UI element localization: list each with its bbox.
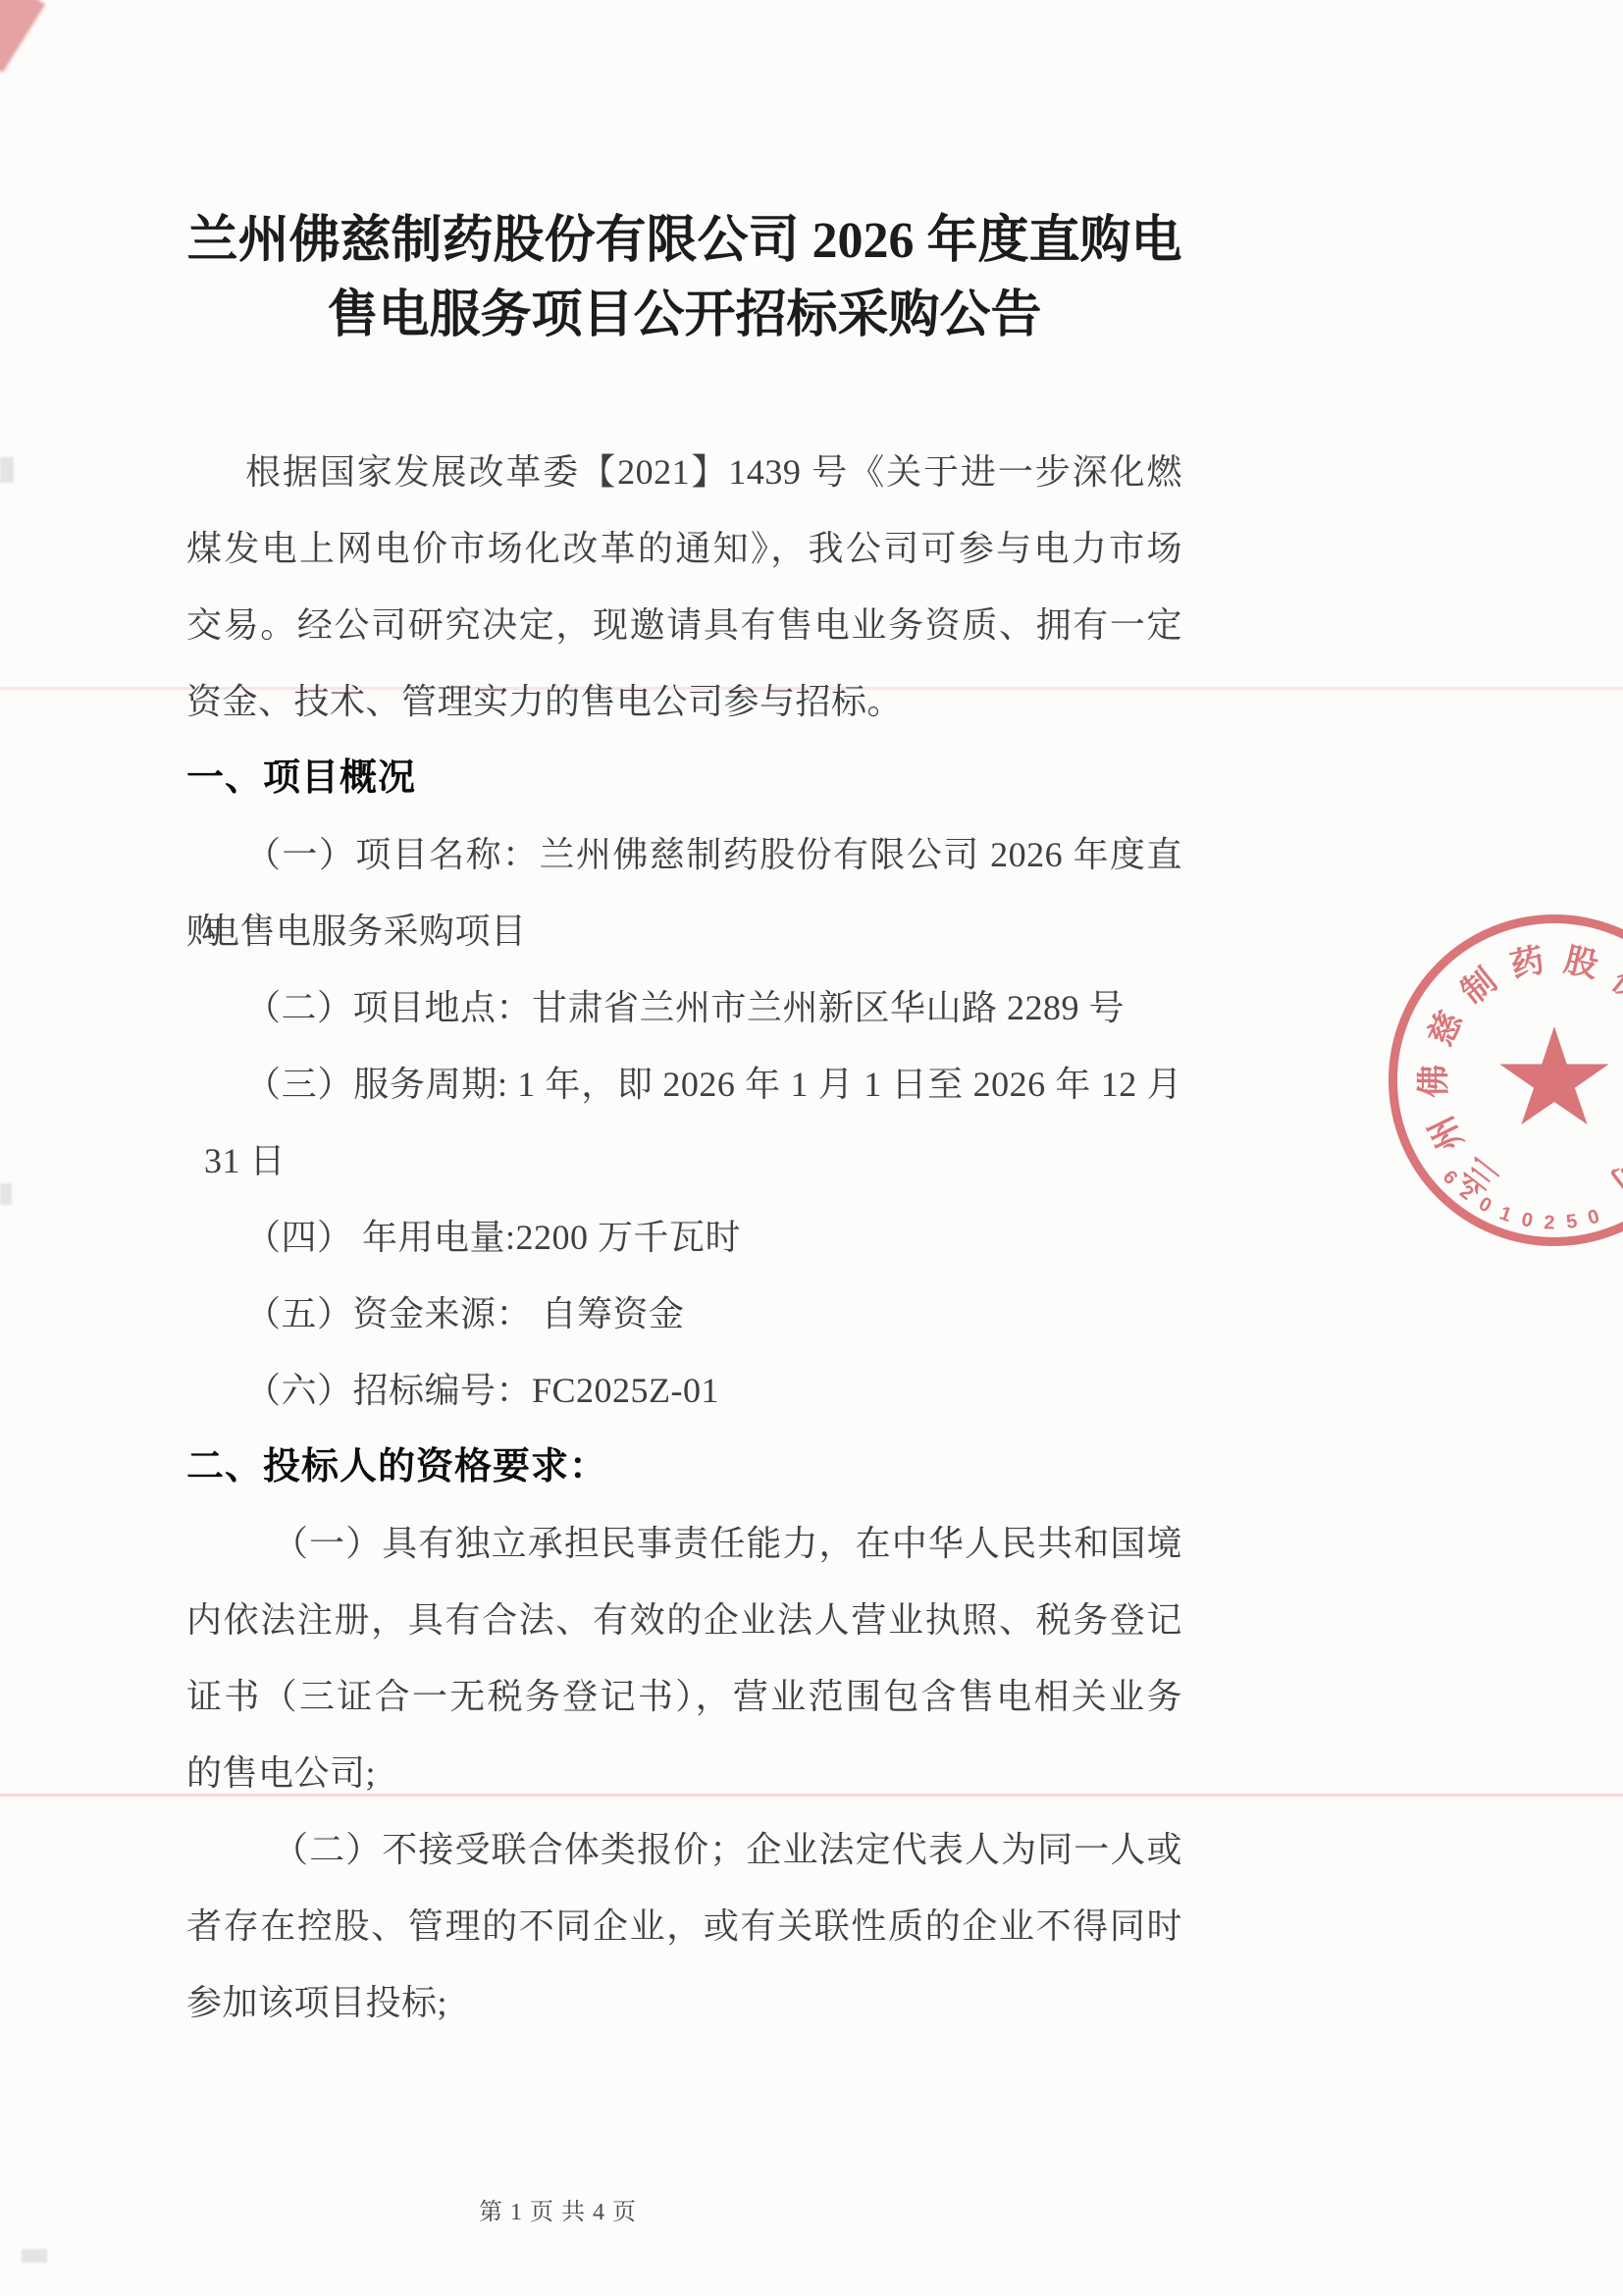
title-line-1: 兰州佛慈制药股份有限公司 2026 年度直购电 (186, 204, 1182, 279)
text-line: 根据国家发展改革委【2021】1439 号《关于进一步深化燃 (186, 434, 1182, 510)
text-line: （四） 年用电量:2200 万千瓦时 (186, 1199, 1182, 1276)
text-line: 者存在控股、管理的不同企业，或有关联性质的企业不得同时 (186, 1888, 1182, 1964)
page-footer: 第 1 页 共 4 页 (479, 2192, 637, 2226)
section-heading: 二、投标人的资格要求： (186, 1429, 1182, 1505)
text-line: （六）招标编号：FC2025Z-01 (186, 1352, 1182, 1429)
text-column: 根据国家发展改革委【2021】1439 号《关于进一步深化燃煤发电上网电价市场化… (186, 434, 1182, 2041)
text-line: 31 日 (186, 1122, 1182, 1199)
scan-corner-mark (0, 0, 45, 73)
scanned-document-page: 兰州佛慈制药股份有限公司 2026 年度直购电 售电服务项目公开招标采购公告 根… (0, 0, 1623, 2296)
text-line: 资金、技术、管理实力的售电公司参与招标。 (186, 663, 1182, 740)
scan-smudge (22, 2249, 47, 2263)
text-line: 的售电公司; (186, 1735, 1182, 1811)
document-title: 兰州佛慈制药股份有限公司 2026 年度直购电 售电服务项目公开招标采购公告 (186, 204, 1182, 353)
scan-smudge (0, 1183, 12, 1205)
official-seal: 兰州佛慈制药股份有限公司 62010250 (1388, 914, 1623, 1246)
text-line: 证书（三证合一无税务登记书），营业范围包含售电相关业务 (186, 1658, 1182, 1735)
seal-serial-digit: 2 (1544, 1212, 1555, 1234)
text-line: （三）服务周期: 1 年，即 2026 年 1 月 1 日至 2026 年 12… (186, 1046, 1182, 1122)
text-line: 电售电服务采购项目 (186, 893, 1182, 969)
scan-smudge (0, 457, 14, 483)
section-heading: 一、项目概况 (186, 740, 1182, 816)
text-line: （一）项目名称：兰州佛慈制药股份有限公司 2026 年度直购 (186, 816, 1182, 893)
seal-arc-char: 佛 (1406, 1065, 1454, 1098)
text-line: （二）项目地点：甘肃省兰州市兰州新区华山路 2289 号 (186, 969, 1182, 1046)
text-line: 参加该项目投标; (186, 1964, 1182, 2041)
text-line: （五）资金来源： 自筹资金 (186, 1276, 1182, 1352)
text-line: 煤发电上网电价市场化改革的通知》，我公司可参与电力市场 (186, 510, 1182, 587)
title-line-2: 售电服务项目公开招标采购公告 (186, 279, 1182, 353)
text-line: 交易。经公司研究决定，现邀请具有售电业务资质、拥有一定 (186, 587, 1182, 663)
text-line: （一）具有独立承担民事责任能力，在中华人民共和国境 (186, 1505, 1182, 1582)
text-line: （二）不接受联合体类报价；企业法定代表人为同一人或 (186, 1811, 1182, 1888)
text-line: 内依法注册，具有合法、有效的企业法人营业执照、税务登记 (186, 1582, 1182, 1658)
